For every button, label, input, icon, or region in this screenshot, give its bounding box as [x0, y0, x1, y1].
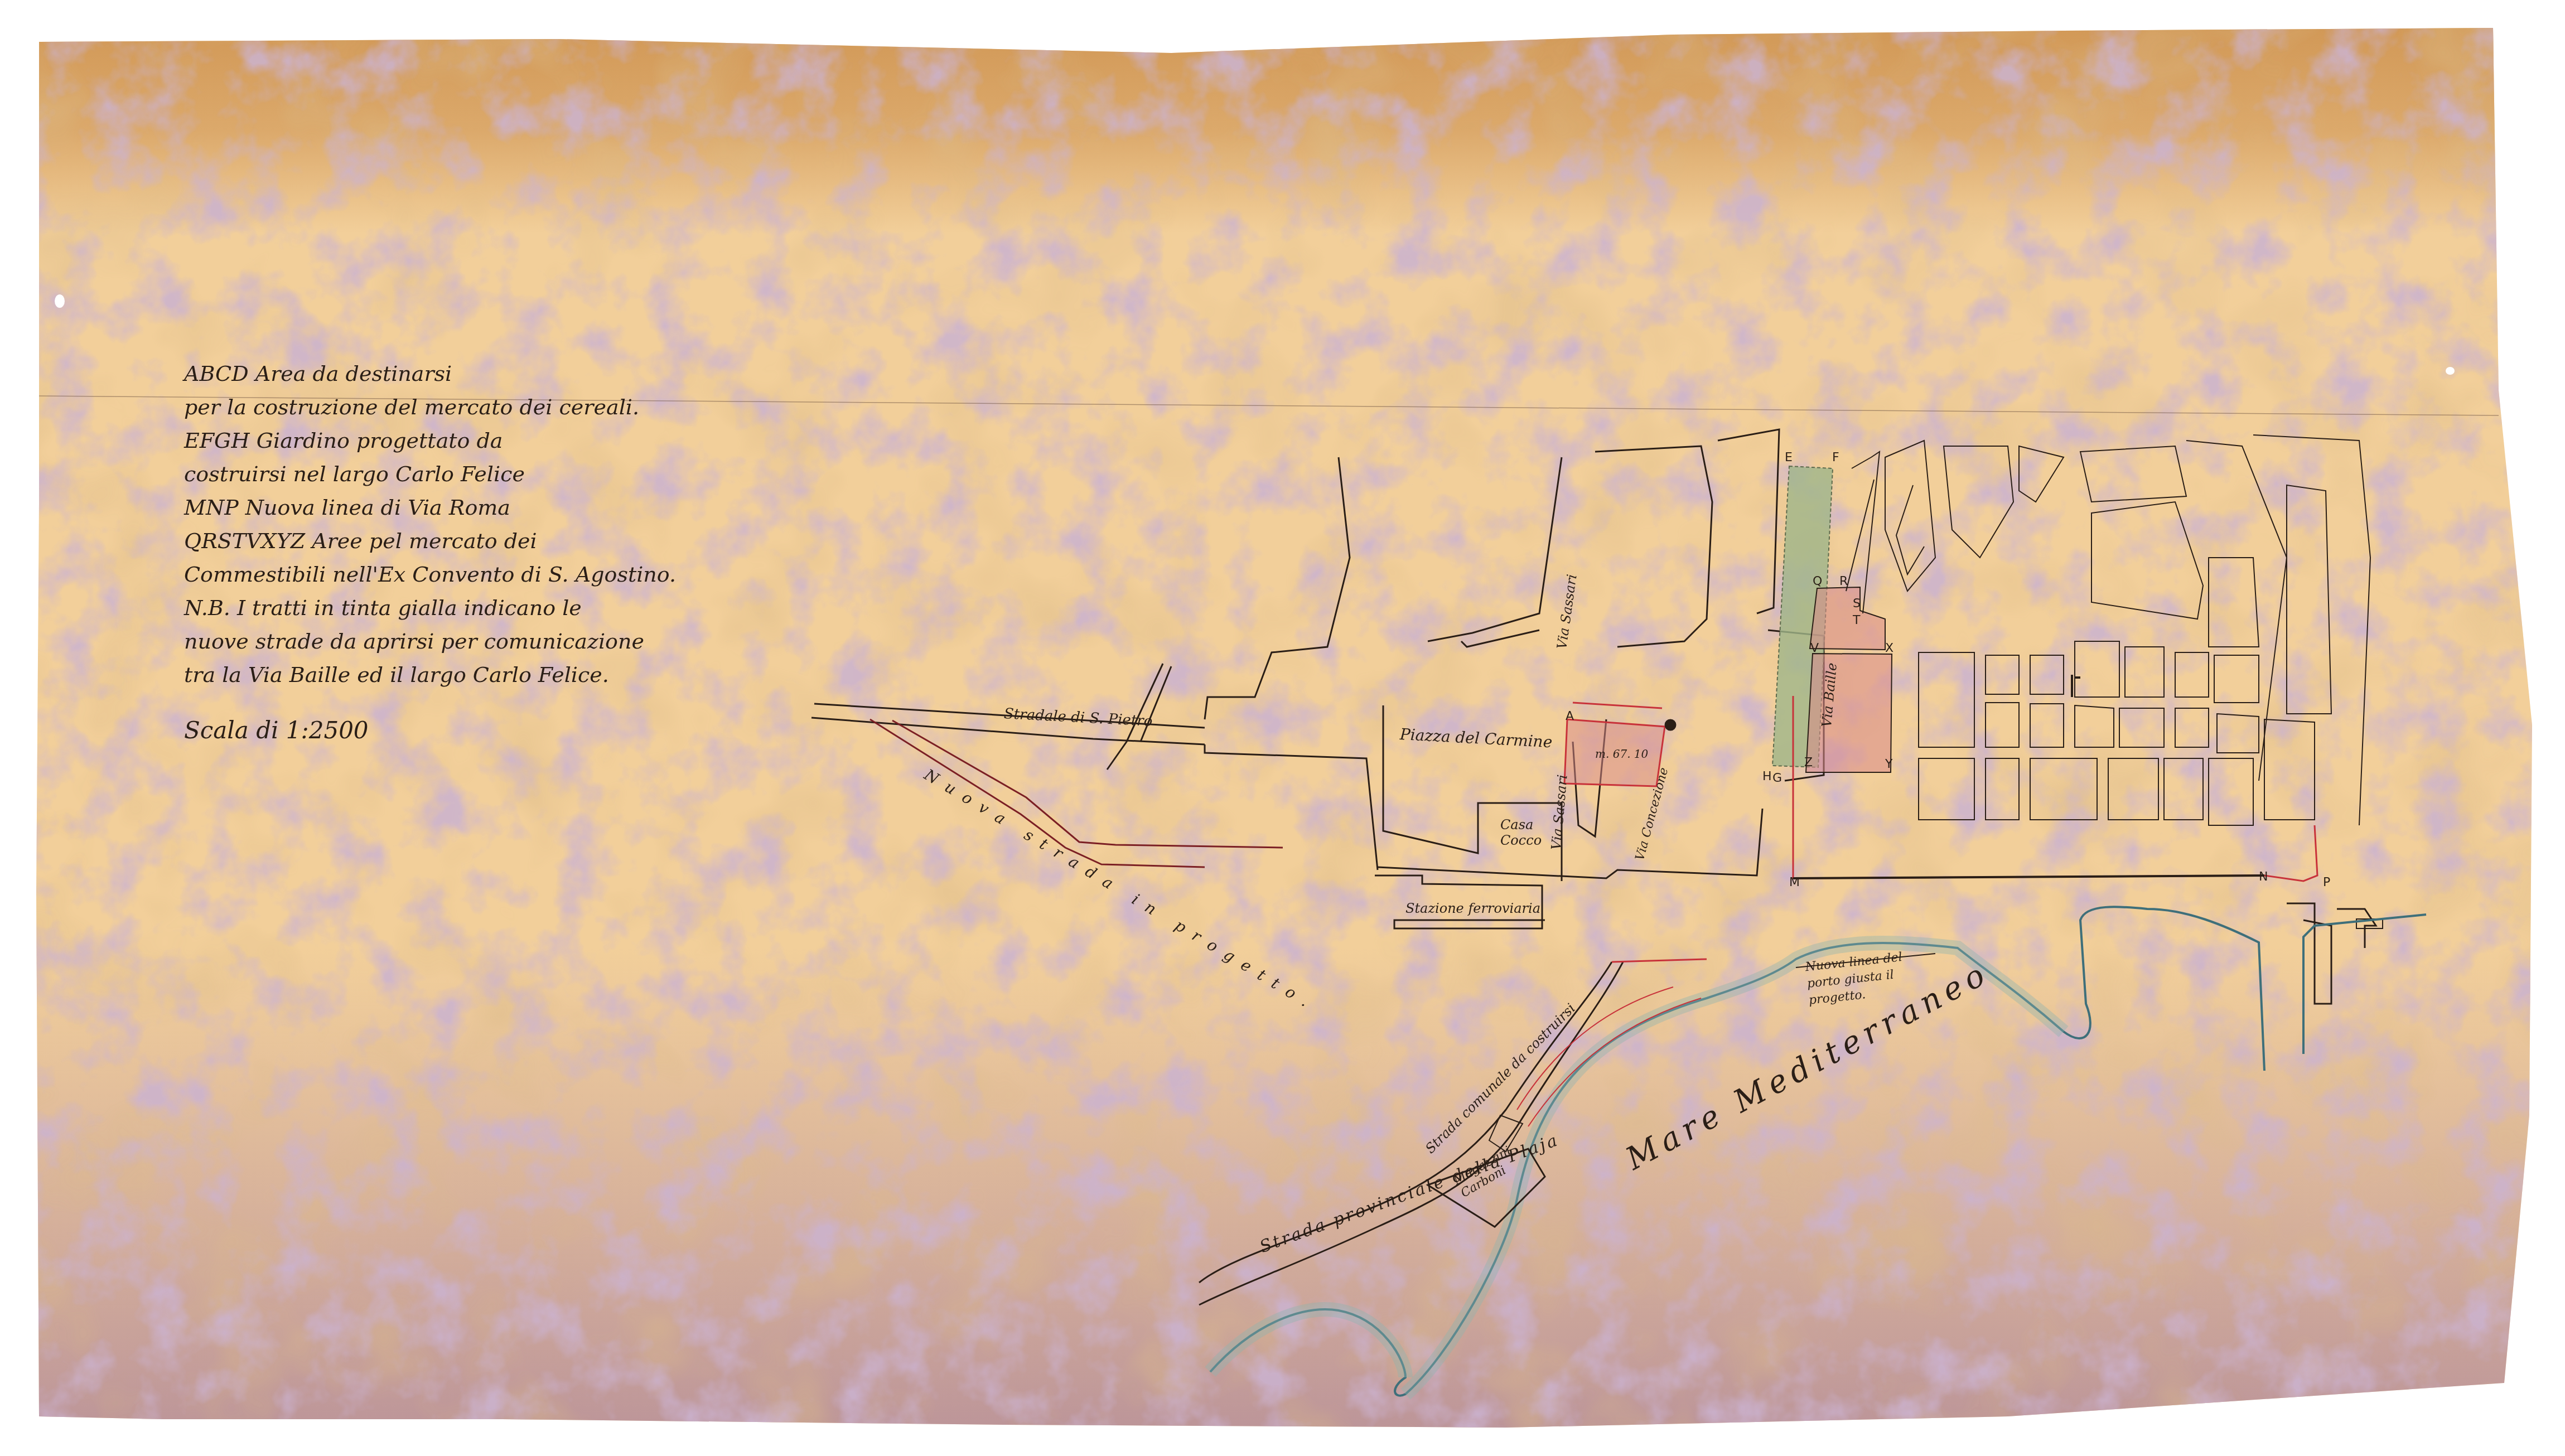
map-legend: ABCD Area da destinarsi per la costruzio…: [184, 357, 630, 747]
label-casa-cocco: Casa Cocco: [1500, 817, 1539, 848]
punch-hole: [55, 294, 65, 308]
legend-line: QRSTVXYZ Aree pel mercato dei: [184, 524, 630, 558]
point-z: Z: [1804, 756, 1813, 770]
label-stazione: Stazione ferroviaria: [1405, 901, 1540, 916]
point-r: R: [1839, 574, 1848, 588]
point-g: G: [1772, 771, 1782, 785]
point-p: P: [2323, 875, 2330, 889]
legend-line: EFGH Giardino progettato da: [184, 424, 630, 457]
legend-line: ABCD Area da destinarsi: [184, 357, 630, 390]
point-f: F: [1832, 451, 1839, 465]
point-s: S: [1853, 597, 1861, 611]
label-area-measure: m. 67. 10: [1595, 747, 1648, 761]
punch-hole: [2446, 367, 2455, 375]
legend-line: per la costruzione del mercato dei cerea…: [184, 390, 630, 424]
point-v: V: [1810, 641, 1819, 655]
map-scale: Scala di 1:2500: [184, 714, 630, 747]
point-n: N: [2259, 870, 2268, 884]
point-x: X: [1885, 641, 1893, 655]
point-e: E: [1785, 451, 1793, 465]
legend-line: MNP Nuova linea di Via Roma: [184, 491, 630, 524]
legend-line: tra la Via Baille ed il largo Carlo Feli…: [184, 658, 630, 691]
legend-line: costruirsi nel largo Carlo Felice: [184, 457, 630, 491]
legend-line: Commestibili nell'Ex Convento di S. Agos…: [184, 558, 630, 591]
point-a: A: [1566, 709, 1574, 723]
legend-line: nuove strade da aprirsi per comunicazion…: [184, 625, 630, 658]
point-h: H: [1762, 770, 1772, 783]
legend-line: N.B. I tratti in tinta gialla indicano l…: [184, 591, 630, 625]
point-t: T: [1853, 613, 1860, 627]
point-q: Q: [1813, 574, 1822, 588]
point-y: Y: [1885, 757, 1892, 771]
point-m: M: [1789, 875, 1800, 889]
